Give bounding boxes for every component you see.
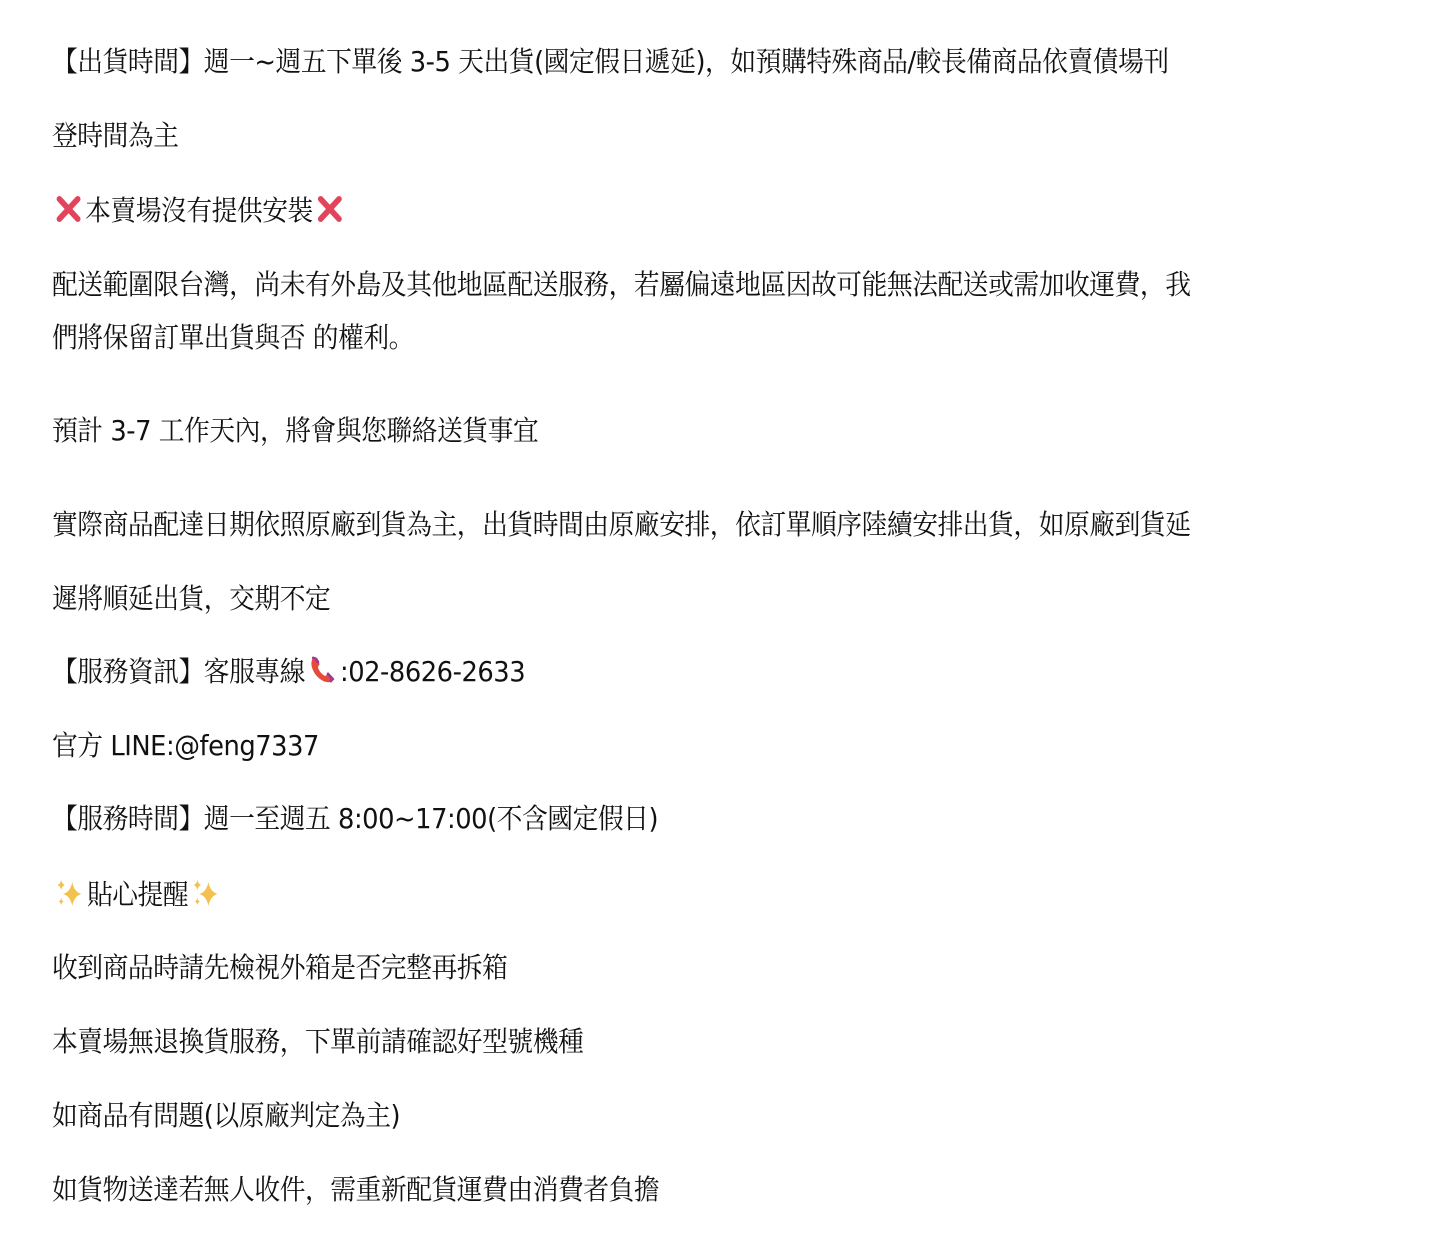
reminder-title-text: 貼心提醒 (87, 878, 188, 911)
reminder-item-3: 如商品有問題(以原廠判定為主) (52, 1098, 400, 1134)
delivery-scope-line-2: 們將保留訂單出貨與否 的權利。 (52, 320, 414, 356)
telephone-icon (307, 653, 338, 687)
official-line-account[interactable]: 官方 LINE:@feng7337 (52, 728, 319, 764)
reminder-item-4: 如貨物送達若無人收件，需重新配貨運費由消費者負擔 (52, 1172, 659, 1208)
sparkles-icon (190, 876, 221, 910)
x-mark-icon (54, 193, 83, 225)
reminder-title: 貼心提醒 (52, 877, 223, 913)
service-hours: 【服務時間】週一至週五 8:00~17:00(不含國定假日) (52, 801, 658, 837)
service-info-label: 【服務資訊】客服專線 (52, 655, 305, 688)
arrival-line-1: 實際商品配達日期依照原廠到貨為主，出貨時間由原廠安排，依訂單順序陸續安排出貨，如… (52, 507, 1191, 543)
delivery-estimate: 預計 3-7 工作天內，將會與您聯絡送貨事宜 (52, 413, 538, 449)
reminder-item-2: 本賣場無退換貨服務，下單前請確認好型號機種 (52, 1024, 583, 1060)
arrival-line-2: 遲將順延出貨，交期不定 (52, 581, 330, 617)
x-mark-icon (315, 193, 344, 225)
service-info: 【服務資訊】客服專線 :02-8626-2633 (52, 654, 525, 690)
shipping-time-line-2: 登時間為主 (52, 118, 179, 154)
no-installation-text: 本賣場沒有提供安裝 (85, 194, 313, 227)
reminder-item-1: 收到商品時請先檢視外箱是否完整再拆箱 (52, 950, 507, 986)
service-phone-number[interactable]: :02-8626-2633 (340, 655, 525, 688)
shipping-time-line-1: 【出貨時間】週一~週五下單後 3-5 天出貨(國定假日遞延)，如預購特殊商品/較… (52, 44, 1169, 80)
sparkles-icon (54, 876, 85, 910)
no-installation-notice: 本賣場沒有提供安裝 (52, 193, 346, 229)
delivery-scope-line-1: 配送範圍限台灣，尚未有外島及其他地區配送服務，若屬偏遠地區因故可能無法配送或需加… (52, 267, 1191, 303)
